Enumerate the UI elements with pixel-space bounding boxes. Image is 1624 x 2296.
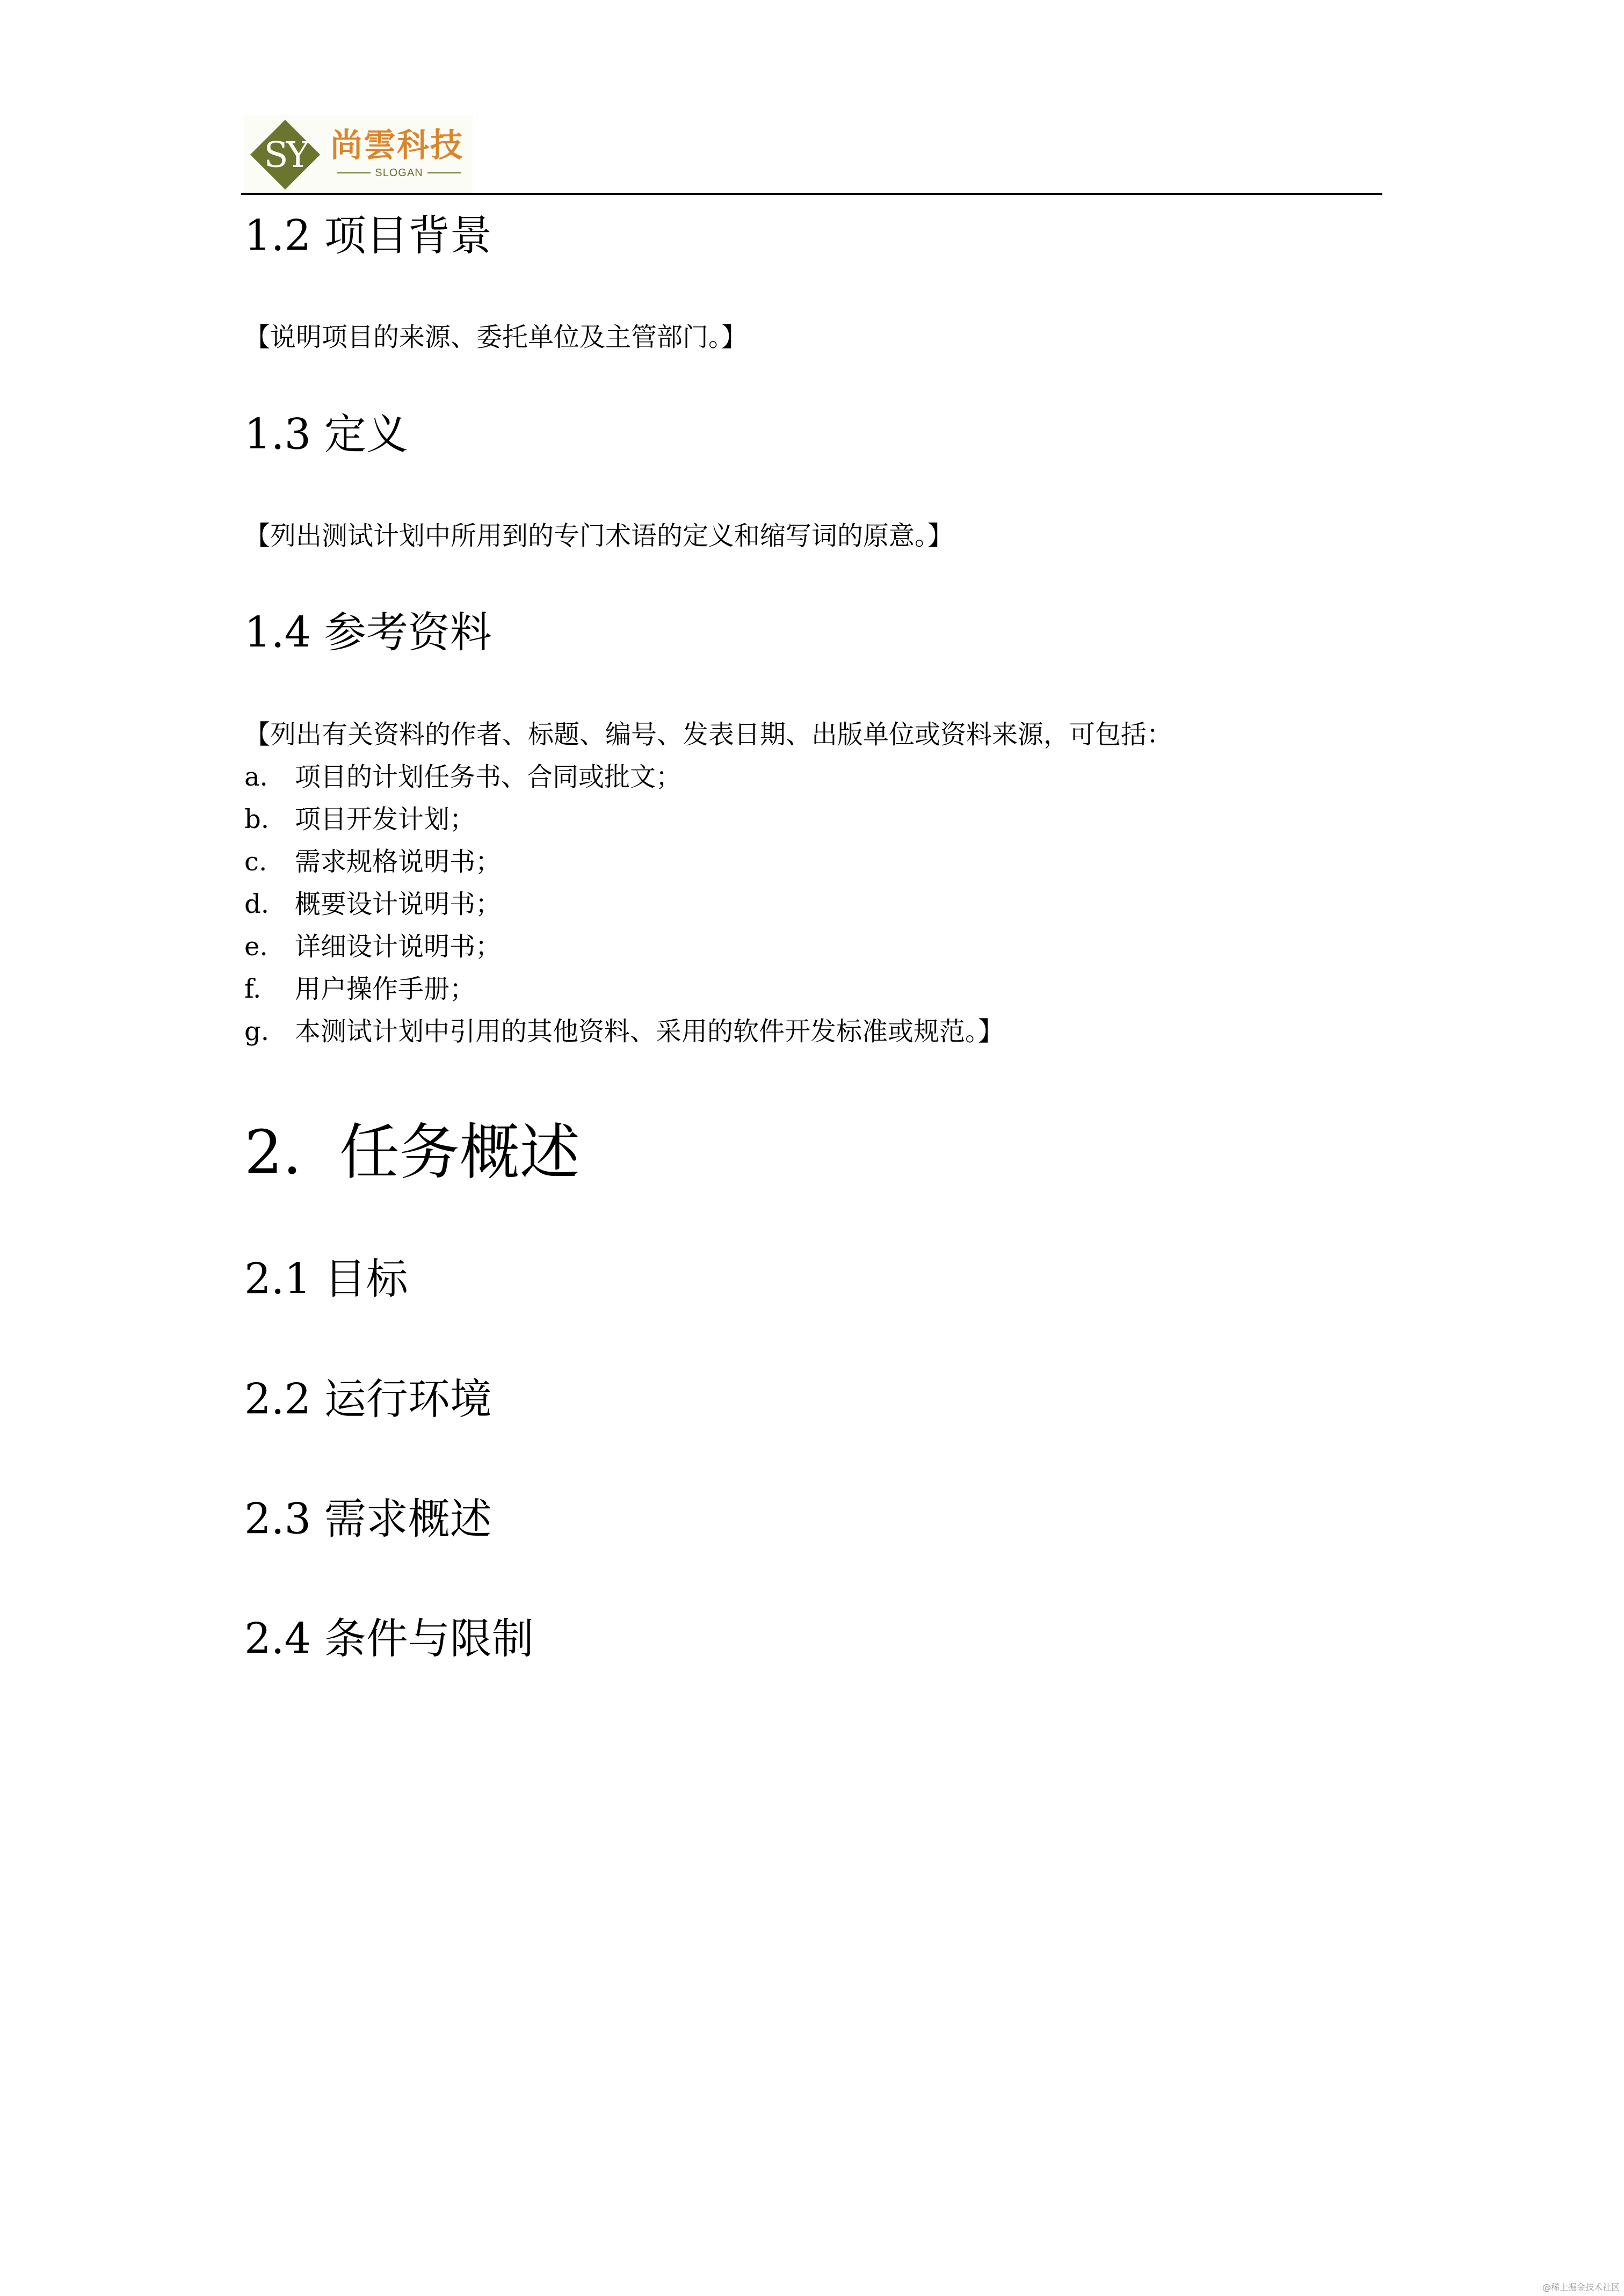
list-text: 概要设计说明书；	[295, 889, 501, 919]
list-text: 详细设计说明书；	[295, 932, 501, 962]
list-marker: b.	[244, 803, 295, 835]
list-item: f.用户操作手册；	[244, 973, 475, 1005]
list-item: b.项目开发计划；	[244, 803, 475, 835]
paragraph-1-3: 【列出测试计划中所用到的专门术语的定义和缩写词的原意。】	[244, 520, 953, 552]
list-text: 用户操作手册；	[295, 974, 475, 1004]
paragraph-1-2: 【说明项目的来源、委托单位及主管部门。】	[244, 321, 747, 353]
list-marker: f.	[244, 973, 295, 1005]
list-item: g.本测试计划中引用的其他资料、采用的软件开发标准或规范。】	[244, 1015, 1004, 1048]
list-marker: c.	[244, 846, 295, 878]
heading-2-number: 2.	[244, 1118, 302, 1188]
page-header-logo: SY 尚雲科技 SLOGAN	[244, 115, 473, 193]
heading-1-2: 1.2 项目背景	[244, 212, 492, 260]
watermark: @稀土掘金技术社区	[1542, 2280, 1620, 2293]
list-item: c.需求规格说明书；	[244, 846, 501, 878]
heading-1-3: 1.3 定义	[244, 411, 408, 459]
list-marker: a.	[244, 761, 295, 793]
list-text: 项目开发计划；	[295, 804, 475, 834]
list-item: e.详细设计说明书；	[244, 931, 501, 963]
heading-2-3: 2.3 需求概述	[244, 1495, 492, 1544]
heading-2-title: 任务概述	[339, 1118, 580, 1188]
logo-slogan: SLOGAN	[337, 165, 461, 181]
list-text: 项目的计划任务书、合同或批文；	[295, 762, 682, 792]
logo-initials: SY	[251, 131, 321, 179]
heading-1-4: 1.4 参考资料	[244, 609, 492, 657]
header-divider	[241, 193, 1382, 195]
slogan-right-line	[427, 172, 461, 173]
list-item: d.概要设计说明书；	[244, 888, 501, 920]
list-marker: d.	[244, 888, 295, 920]
list-text: 需求规格说明书；	[295, 847, 501, 877]
heading-2-1: 2.1 目标	[244, 1255, 408, 1304]
list-item: a.项目的计划任务书、合同或批文；	[244, 761, 682, 793]
slogan-left-line	[337, 172, 371, 173]
slogan-text: SLOGAN	[375, 167, 423, 179]
list-marker: e.	[244, 931, 295, 963]
list-text: 本测试计划中引用的其他资料、采用的软件开发标准或规范。】	[295, 1016, 1004, 1047]
heading-2: 2.任务概述	[244, 1118, 580, 1188]
company-name: 尚雲科技	[330, 127, 463, 164]
heading-2-4: 2.4 条件与限制	[244, 1615, 534, 1663]
paragraph-1-4-intro: 【列出有关资料的作者、标题、编号、发表日期、出版单位或资料来源，可包括：	[244, 718, 1172, 751]
heading-2-2: 2.2 运行环境	[244, 1376, 492, 1424]
list-marker: g.	[244, 1015, 295, 1048]
